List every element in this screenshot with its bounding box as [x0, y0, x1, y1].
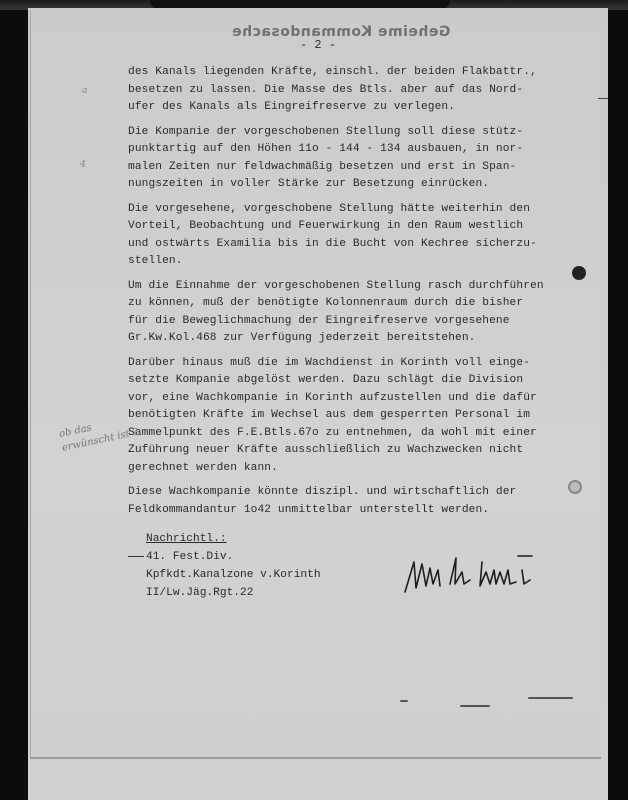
text-line: besetzen zu lassen. Die Masse des Btls. …: [128, 82, 598, 100]
text-line: gerechnet werden kann.: [128, 460, 598, 478]
text-line: Sammelpunkt des F.E.Btls.67o zu entnehme…: [128, 425, 598, 443]
page-number: - 2 -: [28, 38, 608, 52]
distribution-list: Nachrichtl.: 41. Fest.Div. Kpfkdt.Kanalz…: [146, 530, 321, 602]
margin-dash: [128, 556, 144, 557]
margin-mark: 4: [80, 160, 86, 170]
paragraph: des Kanals liegenden Kräfte, einschl. de…: [128, 64, 598, 117]
text-line: stellen.: [128, 253, 598, 271]
distribution-recipient: II/Lw.Jäg.Rgt.22: [146, 584, 321, 602]
punch-hole-ring: [568, 480, 582, 494]
text-line: Darüber hinaus muß die im Wachdienst in …: [128, 355, 598, 373]
edge-mark: [598, 98, 608, 99]
text-line: Zuführung neuer Kräfte ausschließlich zu…: [128, 442, 598, 460]
paragraph: Die vorgesehene, vorgeschobene Stellung …: [128, 201, 598, 271]
text-line: nungszeiten in voller Stärke zur Besetzu…: [128, 176, 598, 194]
text-line: Vorteil, Beobachtung und Feuerwirkung in…: [128, 218, 598, 236]
punch-hole: [572, 266, 586, 280]
ink-smudge: [528, 697, 573, 699]
distribution-recipient: Kpfkdt.Kanalzone v.Korinth: [146, 566, 321, 584]
text-line: ufer des Kanals als Eingreifreserve zu v…: [128, 99, 598, 117]
ink-smudge: [400, 700, 408, 702]
text-line: Die vorgesehene, vorgeschobene Stellung …: [128, 201, 598, 219]
text-line: zu können, muß der benötigte Kolonnenrau…: [128, 295, 598, 313]
distribution-recipient: 41. Fest.Div.: [146, 548, 321, 566]
margin-mark: a: [82, 86, 87, 96]
text-line: Um die Einnahme der vorgeschobenen Stell…: [128, 278, 598, 296]
text-line: punktartig auf den Höhen 11o - 144 - 134…: [128, 141, 598, 159]
text-line: malen Zeiten nur feldwachmäßig besetzen …: [128, 159, 598, 177]
text-line: Gr.Kw.Kol.468 zur Verfügung jederzeit be…: [128, 330, 598, 348]
paragraph: Die Kompanie der vorgeschobenen Stellung…: [128, 124, 598, 194]
text-line: setzte Kompanie abgelöst werden. Dazu sc…: [128, 372, 598, 390]
text-line: des Kanals liegenden Kräfte, einschl. de…: [128, 64, 598, 82]
signature-scribble-icon: [400, 550, 570, 600]
paragraph: Darüber hinaus muß die im Wachdienst in …: [128, 355, 598, 478]
distribution-heading: Nachrichtl.:: [146, 530, 321, 548]
text-line: benötigten Kräfte im Wechsel aus dem ges…: [128, 407, 598, 425]
text-line: und ostwärts Examilia bis in die Bucht v…: [128, 236, 598, 254]
text-line: vor, eine Wachkompanie in Korinth aufzus…: [128, 390, 598, 408]
paragraph: Um die Einnahme der vorgeschobenen Stell…: [128, 278, 598, 348]
text-line: für die Beweglichmachung der Eingreifres…: [128, 313, 598, 331]
text-line: Die Kompanie der vorgeschobenen Stellung…: [128, 124, 598, 142]
text-line: Feldkommandantur 1o42 unmittelbar unters…: [128, 502, 598, 520]
ink-smudge: [460, 705, 490, 707]
signature: [400, 550, 570, 600]
document-body: des Kanals liegenden Kräfte, einschl. de…: [128, 64, 598, 526]
text-line: Diese Wachkompanie könnte diszipl. und w…: [128, 484, 598, 502]
paragraph: Diese Wachkompanie könnte diszipl. und w…: [128, 484, 598, 519]
